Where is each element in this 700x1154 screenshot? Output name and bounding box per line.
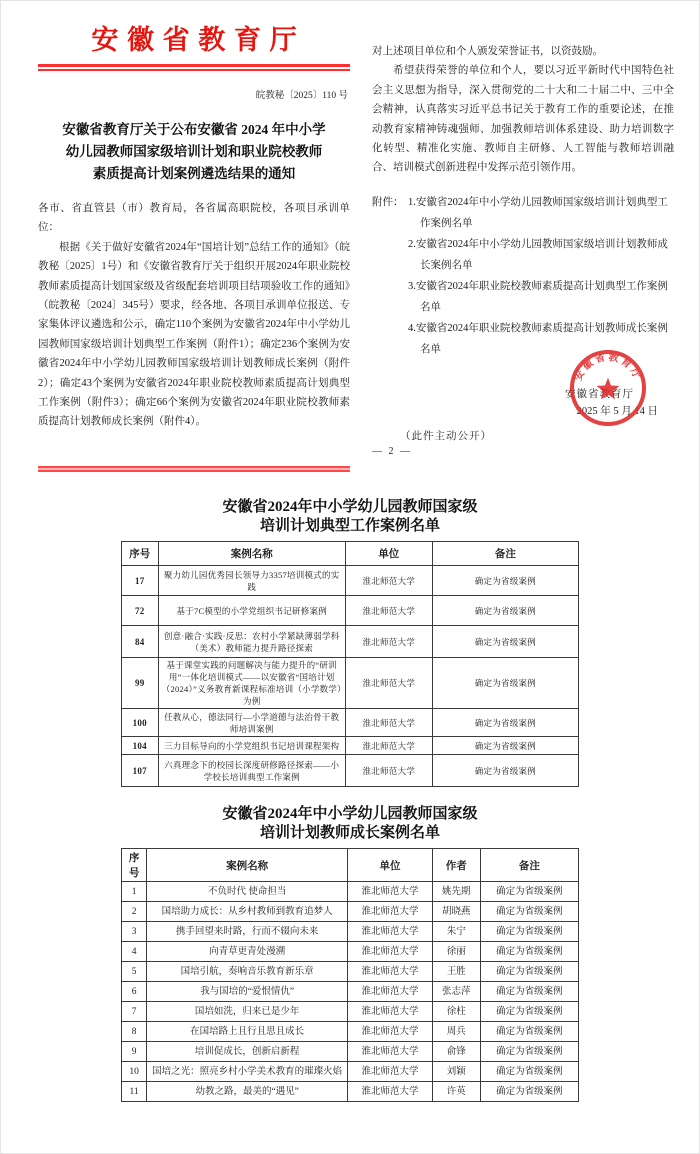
attachments-list: 1.安徽省2024年中小学幼儿园教师国家级培训计划典型工作案例名单 2.安徽省2…	[408, 192, 674, 360]
table-row: 9 培训促成长，创新启新程 淮北师范大学 俞锋 确定为省级案例	[122, 1042, 579, 1062]
table-row: 5 国培引航，奏响音乐教育新乐章 淮北师范大学 王胜 确定为省级案例	[122, 962, 579, 982]
doc-title: 安徽省教育厅关于公布安徽省 2024 年中小学 幼儿园教师国家级培训计划和职业院…	[38, 119, 350, 185]
table-row: 8 在国培路上且行且思且成长 淮北师范大学 周兵 确定为省级案例	[122, 1022, 579, 1042]
table2-title-line1: 安徽省2024年中小学幼儿园教师国家级	[121, 805, 579, 824]
page-number: — 2 —	[372, 446, 412, 457]
attachment-item: 1.安徽省2024年中小学幼儿园教师国家级培训计划典型工作案例名单	[408, 192, 674, 234]
table-row: 2 国培助力成长：从乡村教师到教育追梦人 淮北师范大学 胡晓燕 确定为省级案例	[122, 902, 579, 922]
attachments-label: 附件：	[372, 192, 408, 360]
table-row: 11 幼教之路，最美的“遇见” 淮北师范大学 许英 确定为省级案例	[122, 1082, 579, 1102]
attachment-item: 3.安徽省2024年职业院校教师素质提高计划典型工作案例名单	[408, 276, 674, 318]
table2-title-line2: 培训计划教师成长案例名单	[121, 824, 579, 843]
col-header-org: 单位	[348, 849, 433, 882]
table1-title-line2: 培训计划典型工作案例名单	[121, 517, 579, 536]
growth-cases-table: 序号 案例名称 单位 作者 备注 1 不负时代 使命担当 淮北师范大学 姚先期 …	[121, 848, 579, 1102]
table-row: 17 聚力幼儿园优秀园长领导力3357培训模式的实践 淮北师范大学 确定为省级案…	[122, 566, 579, 596]
doc-number: 皖教秘〔2025〕110 号	[38, 87, 348, 101]
col-header-org: 单位	[345, 542, 432, 566]
attachment-item: 2.安徽省2024年中小学幼儿园教师国家级培训计划教师成长案例名单	[408, 234, 674, 276]
col-header-note: 备注	[432, 542, 578, 566]
table-row: 99 基于课堂实践的问题解决与能力提升的“研训用”一体化培训模式——以安徽省“国…	[122, 658, 579, 709]
col-header-no: 序号	[122, 542, 159, 566]
agency-title: 安徽省教育厅	[38, 20, 350, 60]
table-row: 72 基于7C模型的小学党组织书记研修案例 淮北师范大学 确定为省级案例	[122, 596, 579, 626]
table-row: 107 六真理念下的校园长深度研修路径探索——小学校长培训典型工作案例 淮北师范…	[122, 755, 579, 787]
table-row: 84 创意·融合·实践·反思：农村小学紧缺薄弱学科（美术）教师能力提升路径探索 …	[122, 626, 579, 658]
page2-paragraph-2: 希望获得荣誉的单位和个人，要以习近平新时代中国特色社会主义思想为指导，深入贯彻党…	[372, 61, 674, 177]
table1-title: 安徽省2024年中小学幼儿园教师国家级 培训计划典型工作案例名单	[121, 498, 579, 536]
document-page-1: 安徽省教育厅 皖教秘〔2025〕110 号 安徽省教育厅关于公布安徽省 2024…	[38, 20, 350, 472]
body-paragraph: 根据《关于做好安徽省2024年“国培计划”总结工作的通知》（皖教秘〔2025〕1…	[38, 238, 350, 432]
col-header-name: 案例名称	[158, 542, 345, 566]
table-header-row: 序号 案例名称 单位 备注	[122, 542, 579, 566]
table-row: 4 向青草更青处漫溯 淮北师范大学 徐丽 确定为省级案例	[122, 942, 579, 962]
page2-paragraph-1: 对上述项目单位和个人颁发荣誉证书，以资鼓励。	[372, 42, 674, 61]
salutation: 各市、省直管县（市）教育局，各省属高职院校，各项目承训单位：	[38, 199, 350, 238]
public-disclosure-note: （此件主动公开）	[400, 428, 492, 443]
attachments-block: 附件： 1.安徽省2024年中小学幼儿园教师国家级培训计划典型工作案例名单 2.…	[372, 192, 674, 360]
table-row: 104 三力目标导向的小学党组织书记培训课程架构 淮北师范大学 确定为省级案例	[122, 737, 579, 755]
table-header-row: 序号 案例名称 单位 作者 备注	[122, 849, 579, 882]
star-icon	[597, 378, 620, 400]
col-header-name: 案例名称	[147, 849, 348, 882]
attachment-tables-section: 安徽省2024年中小学幼儿园教师国家级 培训计划典型工作案例名单 序号 案例名称…	[121, 498, 579, 1102]
table-row: 3 携手回望来时路，行而不辍向未来 淮北师范大学 朱宁 确定为省级案例	[122, 922, 579, 942]
typical-cases-table: 序号 案例名称 单位 备注 17 聚力幼儿园优秀园长领导力3357培训模式的实践…	[121, 541, 579, 787]
table-row: 100 任教从心，德法同行—小学道德与法治骨干教师培训案例 淮北师范大学 确定为…	[122, 709, 579, 737]
table-row: 7 国培如洗，归来已是少年 淮北师范大学 徐柱 确定为省级案例	[122, 1002, 579, 1022]
col-header-no: 序号	[122, 849, 147, 882]
table-row: 10 国培之光：照亮乡村小学美术教育的璀璨火焰 淮北师范大学 刘颖 确定为省级案…	[122, 1062, 579, 1082]
document-page-2: 对上述项目单位和个人颁发荣誉证书，以资鼓励。 希望获得荣誉的单位和个人，要以习近…	[372, 42, 674, 462]
official-seal: 安徽省教育厅	[568, 348, 648, 428]
table-row: 6 我与国培的“爱恨情仇” 淮北师范大学 张志萍 确定为省级案例	[122, 982, 579, 1002]
col-header-note: 备注	[480, 849, 578, 882]
table1-title-line1: 安徽省2024年中小学幼儿园教师国家级	[121, 498, 579, 517]
table-row: 1 不负时代 使命担当 淮北师范大学 姚先期 确定为省级案例	[122, 882, 579, 902]
header-divider	[38, 64, 350, 71]
table2-title: 安徽省2024年中小学幼儿园教师国家级 培训计划教师成长案例名单	[121, 805, 579, 843]
footer-divider	[38, 466, 350, 472]
col-header-author: 作者	[432, 849, 480, 882]
